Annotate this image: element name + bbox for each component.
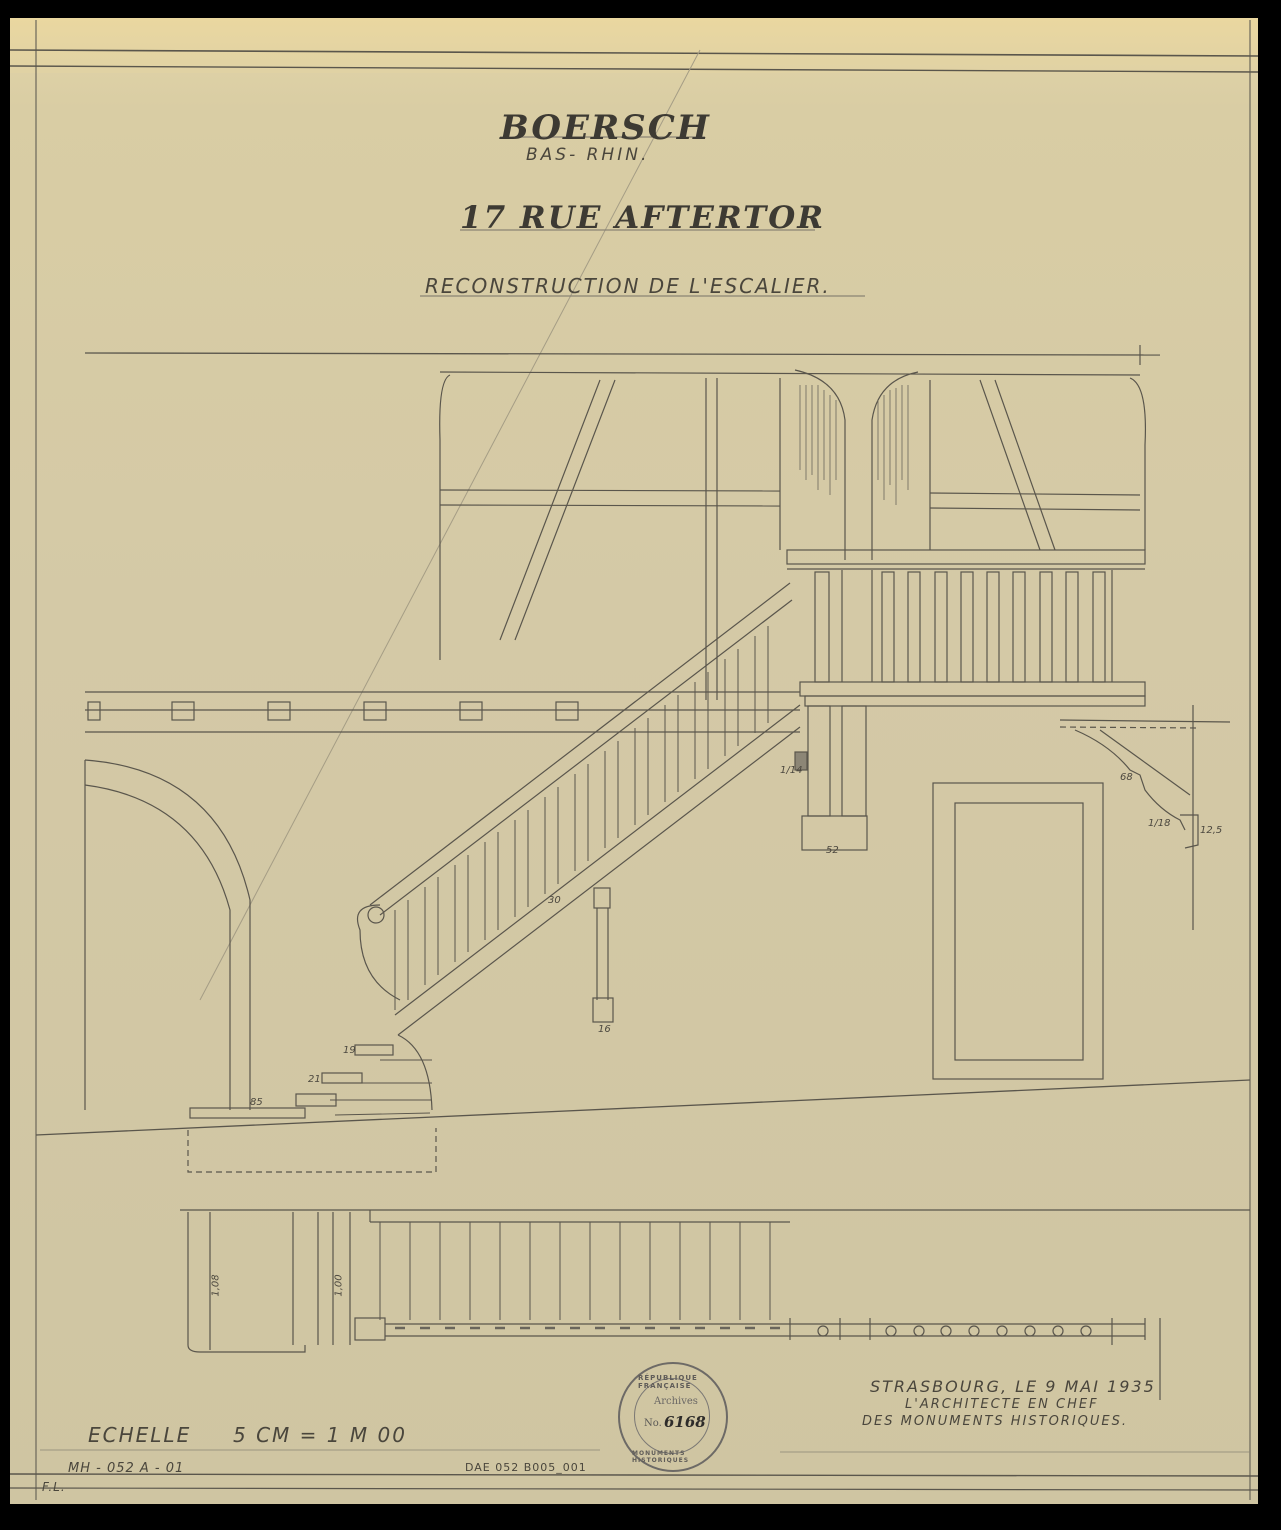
dim-plan-depth-2: 1,00 — [334, 1274, 345, 1296]
department-subtitle: BAS- RHIN. — [526, 145, 649, 165]
archives-stamp: RÉPUBLIQUE FRANÇAISE Archives No. 6168 M… — [618, 1362, 728, 1472]
dim-riser: 19 — [343, 1045, 356, 1056]
dim-rail-height: 1/14 — [780, 765, 802, 776]
stamp-number-label: No. — [644, 1418, 662, 1429]
stamp-top-text: RÉPUBLIQUE FRANÇAISE — [638, 1374, 726, 1390]
draftsman-initials: F.L. — [42, 1480, 66, 1494]
scale-label: ECHELLE — [88, 1423, 191, 1447]
dim-post-width: 52 — [826, 845, 839, 856]
stamp-archives-label: Archives — [654, 1396, 698, 1407]
signature-place-date: STRASBOURG, LE 9 MAI 1935 — [870, 1377, 1156, 1396]
scale-note: ECHELLE 5 CM = 1 M 00 — [88, 1423, 407, 1447]
drawing-subject: RECONSTRUCTION DE L'ESCALIER. — [425, 274, 831, 298]
dim-bracket-height: 12,5 — [1200, 825, 1222, 836]
dim-stringer: 30 — [548, 895, 561, 906]
stamp-bottom-text: MONUMENTS HISTORIQUES — [632, 1450, 726, 1464]
dim-landing-bracket: 68 — [1120, 772, 1133, 783]
scale-value: 5 CM = 1 M 00 — [233, 1423, 407, 1447]
signature-role-line-1: L'ARCHITECTE EN CHEF — [905, 1397, 1099, 1412]
dim-plan-depth-1: 1,08 — [211, 1274, 222, 1296]
drawing-reference: MH - 052 A - 01 — [68, 1461, 184, 1476]
dim-bracket-small: 1/18 — [1148, 818, 1170, 829]
address-title: 17 RUE AFTERTOR — [460, 200, 825, 236]
town-title: BOERSCH — [500, 108, 711, 148]
archive-reference: DAE 052 B005_001 — [465, 1461, 587, 1474]
dim-bottom-step: 85 — [250, 1097, 263, 1108]
stamp-number: 6168 — [664, 1413, 706, 1431]
signature-role-line-2: DES MONUMENTS HISTORIQUES. — [862, 1414, 1128, 1429]
dim-tread: 21 — [308, 1074, 321, 1085]
dim-newel-post: 16 — [598, 1024, 611, 1035]
